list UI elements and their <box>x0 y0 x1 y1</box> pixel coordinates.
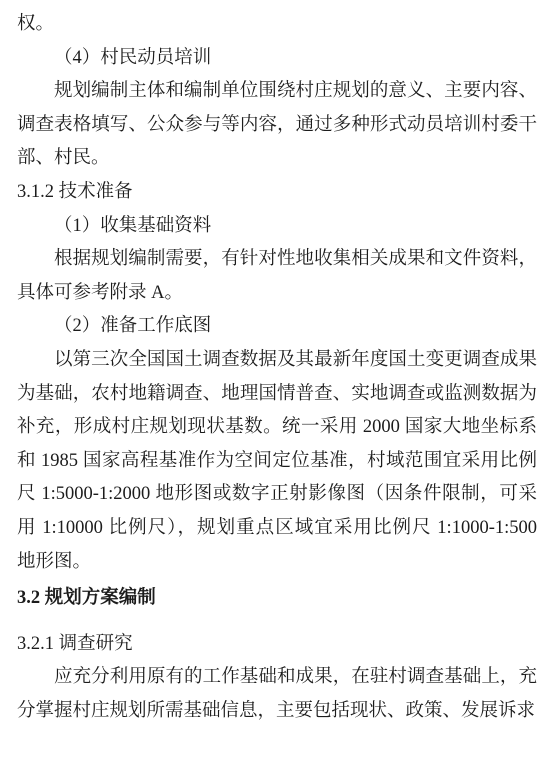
body-paragraph-villager-training: 规划编制主体和编制单位围绕村庄规划的意义、主要内容、调查表格填写、公众参与等内容… <box>17 75 537 176</box>
chapter-heading-3-2: 3.2 规划方案编制 <box>17 582 537 616</box>
section-heading-3-1-2: 3.1.2 技术准备 <box>17 176 537 210</box>
document-page: 权。 （4）村民动员培训 规划编制主体和编制单位围绕村庄规划的意义、主要内容、调… <box>0 0 552 764</box>
body-paragraph-base-map: 以第三次全国国土调查数据及其最新年度国土变更调查成果为基础，农村地籍调查、地理国… <box>17 344 537 579</box>
list-item-heading-villager-training: （4）村民动员培训 <box>17 42 537 76</box>
body-paragraph-survey-research: 应充分利用原有的工作基础和成果，在驻村调查基础上，充分掌握村庄规划所需基础信息，… <box>17 661 537 728</box>
paragraph-continuation: 权。 <box>17 8 537 42</box>
body-paragraph-collect-materials: 根据规划编制需要，有针对性地收集相关成果和文件资料，具体可参考附录 A。 <box>17 243 537 310</box>
section-heading-3-2-1: 3.2.1 调查研究 <box>17 628 537 662</box>
list-item-heading-base-map: （2）准备工作底图 <box>17 310 537 344</box>
list-item-heading-collect-materials: （1）收集基础资料 <box>17 210 537 244</box>
